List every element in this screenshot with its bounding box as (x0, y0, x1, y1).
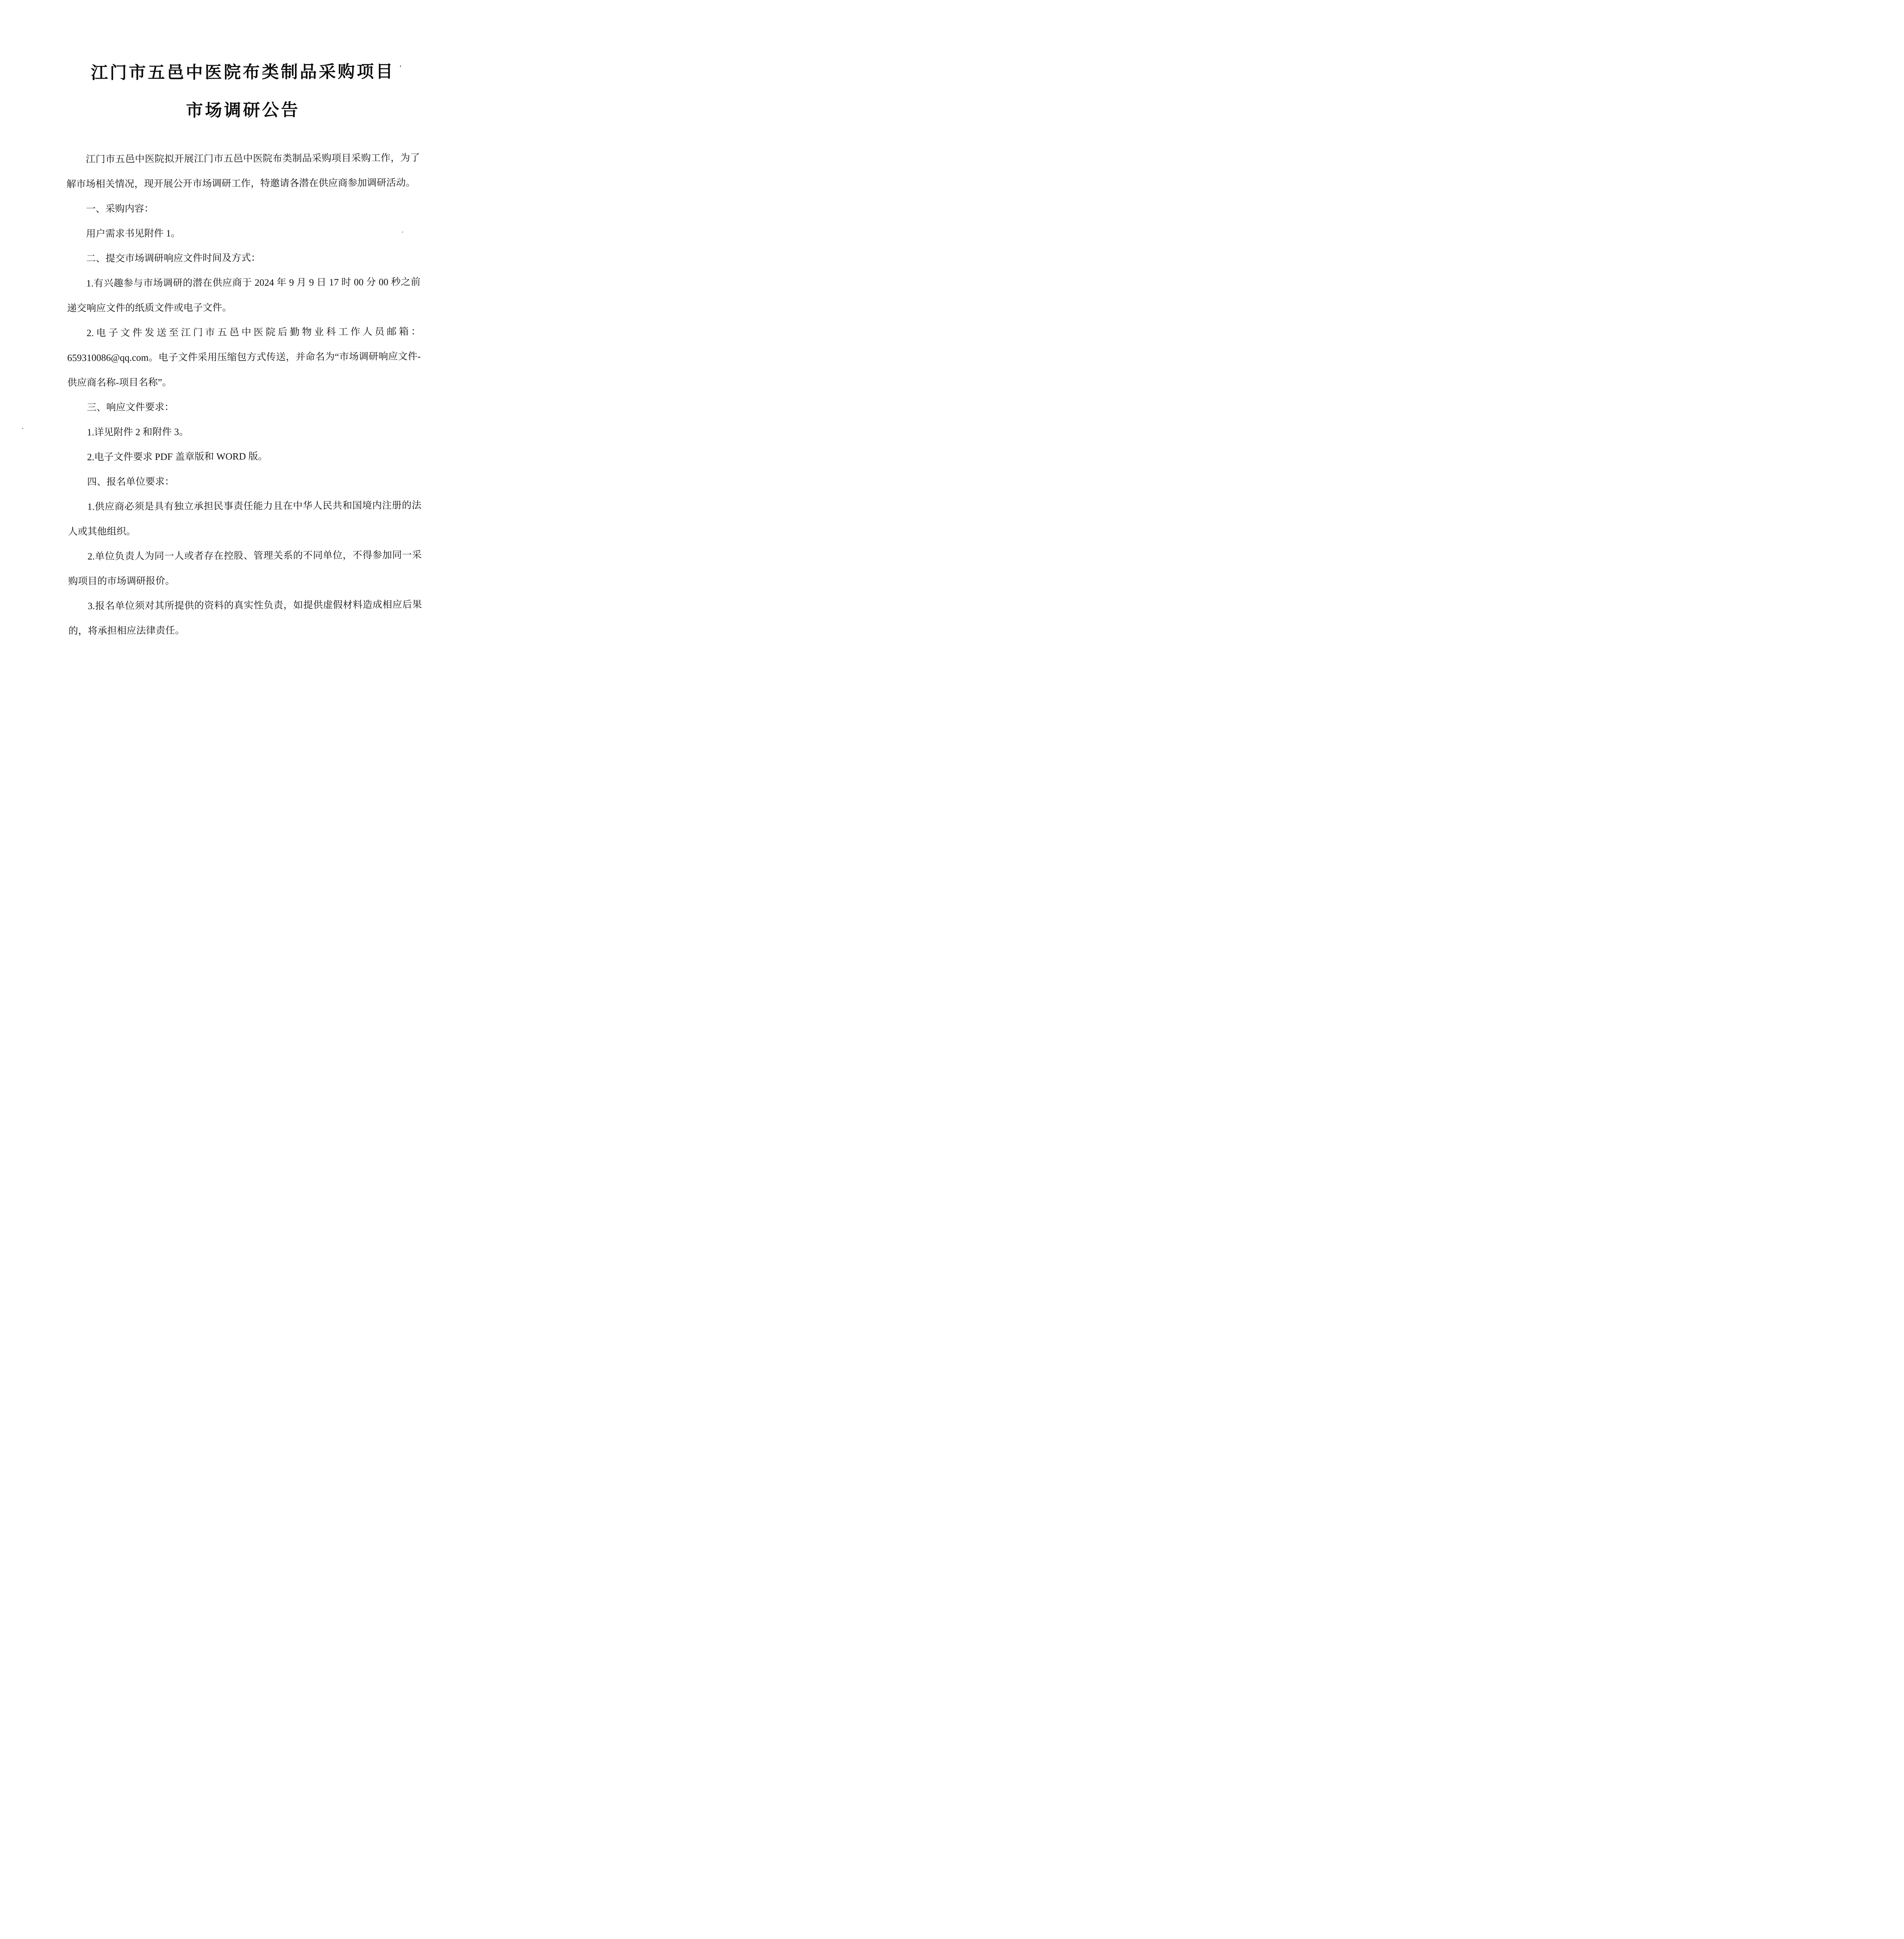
section-3-item-1: 1.详见附件 2 和附件 3。 (67, 419, 421, 445)
section-2-item-1: 1.有兴趣参与市场调研的潜在供应商于 2024 年 9 月 9 日 17 时 0… (67, 270, 421, 321)
title-line-2: 市场调研公告 (66, 91, 419, 130)
section-4-item-1: 1.供应商必须是具有独立承担民事责任能力且在中华人民共和国境内注册的法人或其他组… (68, 493, 422, 544)
section-1-item: 用户需求书见附件 1。 (67, 220, 420, 247)
title-line-1: 江门市五邑中医院布类制品采购项目 (66, 53, 419, 92)
document-body: 江门市五邑中医院拟开展江门市五邑中医院布类制品采购项目采购工作，为了解市场相关情… (66, 146, 422, 644)
scan-artifact-speck: · (22, 426, 24, 432)
section-2-heading: 二、提交市场调研响应文件时间及方式： (67, 245, 420, 271)
section-3-item-2: 2.电子文件要求 PDF 盖章版和 WORD 版。 (67, 444, 421, 470)
intro-paragraph: 江门市五邑中医院拟开展江门市五邑中医院布类制品采购项目采购工作，为了解市场相关情… (66, 146, 420, 197)
section-3-heading: 三、响应文件要求： (67, 394, 421, 420)
document-content: 江门市五邑中医院布类制品采购项目 市场调研公告 江门市五邑中医院拟开展江门市五邑… (66, 53, 422, 644)
section-4-item-3: 3.报名单位须对其所提供的资料的真实性负责，如提供虚假材料造成相应后果的，将承担… (68, 593, 422, 644)
section-4-heading: 四、报名单位要求： (68, 468, 421, 495)
section-2-item-2: 2.电子文件发送至江门市五邑中医院后勤物业科工作人员邮箱：659310086@q… (67, 320, 421, 396)
section-4-item-2: 2.单位负责人为同一人或者存在控股、管理关系的不同单位，不得参加同一采购项目的市… (68, 543, 422, 594)
document-title: 江门市五邑中医院布类制品采购项目 市场调研公告 (66, 53, 420, 130)
document-page: ’ ’ · 江门市五邑中医院布类制品采购项目 市场调研公告 江门市五邑中医院拟开… (0, 0, 476, 676)
section-1-heading: 一、采购内容： (67, 195, 420, 222)
